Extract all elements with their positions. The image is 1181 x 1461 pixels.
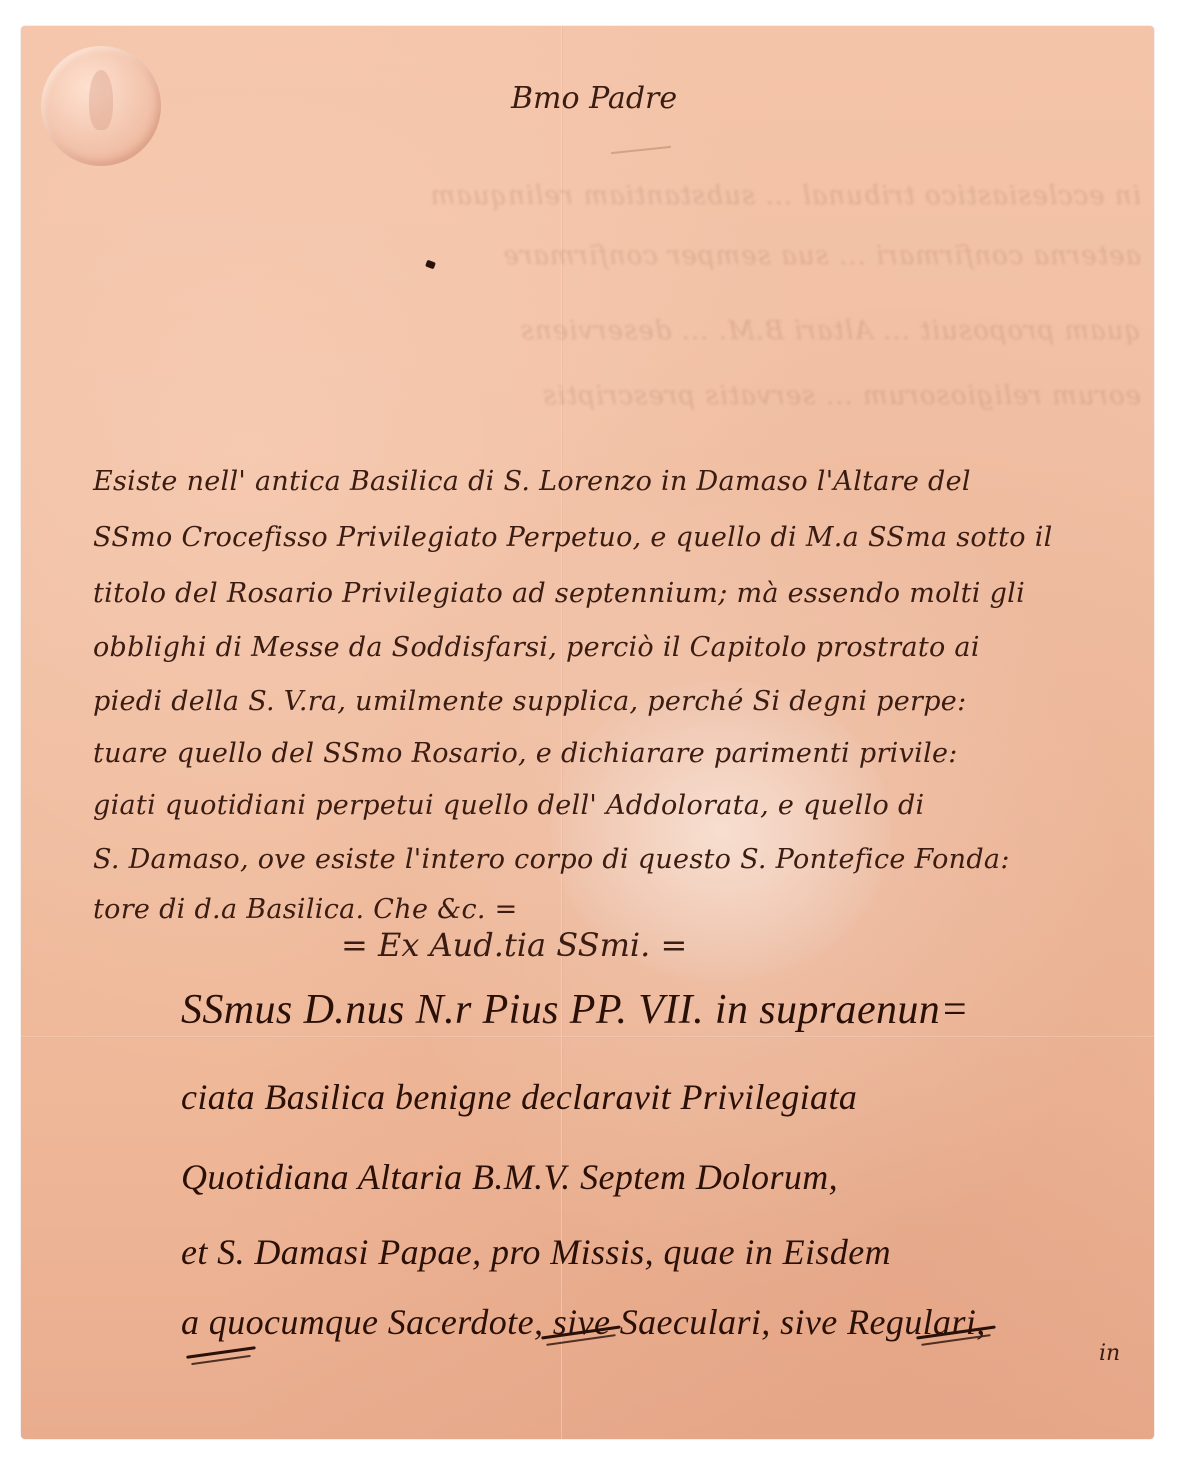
petition-line: Esiste nell' antica Basilica di S. Loren… <box>93 466 971 497</box>
petition-line: giati quotidiani perpetui quello dell' A… <box>93 790 924 821</box>
rescript-line: et S. Damasi Papae, pro Missis, quae in … <box>181 1231 891 1273</box>
vertical-fold-line <box>561 26 563 1439</box>
faint-mark <box>611 146 671 154</box>
petition-line: S. Damaso, ove esiste l'intero corpo di … <box>93 844 1010 875</box>
salutation: Bmo Padre <box>511 81 677 116</box>
rescript-line: a quocumque Sacerdote, sive Saeculari, s… <box>181 1301 986 1343</box>
petition-line: tuare quello del SSmo Rosario, e dichiar… <box>93 738 958 769</box>
rescript-line: Quotidiana Altaria B.M.V. Septem Dolorum… <box>181 1156 838 1198</box>
bleed-through-text: aeterna confirmari ... sua semper confir… <box>181 241 1141 271</box>
petition-line: titolo del Rosario Privilegiato ad septe… <box>93 578 1025 609</box>
rescript-heading: = Ex Aud.tia SSmi. = <box>341 926 687 964</box>
bleed-through-text: quam proposuit ... Altari B.M. ... deser… <box>181 316 1141 346</box>
rescript-line: ciata Basilica benigne declaravit Privil… <box>181 1076 857 1118</box>
embossed-seal-icon <box>41 46 161 166</box>
horizontal-fold-line <box>21 1036 1154 1038</box>
petition-line: SSmo Crocefisso Privilegiato Perpetuo, e… <box>93 522 1053 553</box>
bleed-through-text: in ecclesiastico tribunal ... substantia… <box>181 181 1141 211</box>
petition-line: tore di d.a Basilica. Che &c. = <box>93 894 518 925</box>
petition-line: piedi della S. V.ra, umilmente supplica,… <box>93 686 967 717</box>
seal-emblem-icon <box>89 70 113 130</box>
rescript-line: SSmus D.nus N.r Pius PP. VII. in supraen… <box>181 986 969 1034</box>
catchword: in <box>1099 1341 1120 1366</box>
manuscript-page: in ecclesiastico tribunal ... substantia… <box>21 26 1154 1439</box>
bleed-through-text: eorum religiosorum ... servatis prescrip… <box>181 381 1141 411</box>
petition-line: obblighi di Messe da Soddisfarsi, perciò… <box>93 632 980 663</box>
